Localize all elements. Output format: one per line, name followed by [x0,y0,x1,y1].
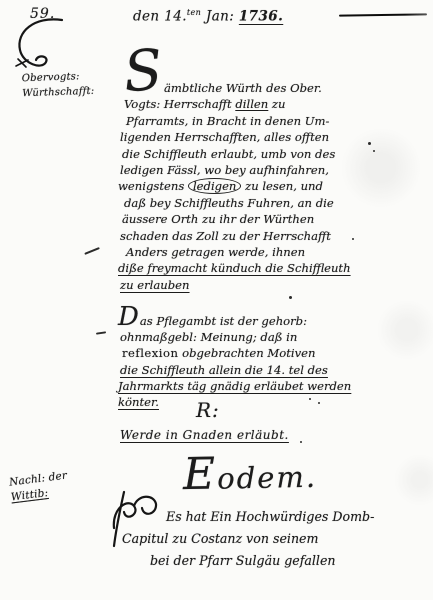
manuscript-line: daß bey Schiffleuths Fuhren, an die [118,195,420,211]
ink-speck [309,398,311,400]
header-rule [339,13,427,16]
margin-note-office-line2: Würthschafft: [22,84,95,102]
paren-flourish [8,16,70,74]
manuscript-line: Capitul zu Costanz von seinem [118,528,420,550]
manuscript-line: schaden das Zoll zu der Herrschafft [118,228,420,244]
manuscript-line: Es hat Ein Hochwürdiges Domb- [118,506,420,528]
manuscript-line: die Schiffleuth erlaubt, umb von des [118,146,420,162]
manuscript-line-underlined: die Schiffleuth allein die 14. tel des [118,362,420,378]
date-ordinal: ten [187,8,201,17]
manuscript-line: reflexion obgebrachten Motiven [118,345,420,361]
margin-note-estate: Nachl: der Wittib: [8,469,70,506]
margin-note-office: Obervogts: Würthschafft: [21,69,94,101]
ink-speck [352,238,354,240]
manuscript-line: Pfarramts, in Bracht in denen Um- [118,113,420,129]
manuscript-line: ämbtliche Würth des Ober. [118,80,420,96]
manuscript-line: bei der Pfarr Sulgäu gefallen [118,550,420,572]
manuscript-line-underlined: zu erlauben [118,277,420,293]
ink-speck [373,150,375,152]
manuscript-line-underlined: Jahrmarkts täg gnädig erläubet werden [118,378,420,394]
ink-speck [318,402,320,404]
manuscript-line: ohnmaßgebl: Meinung; daß in [118,329,420,345]
date-month: Jan: [201,9,239,25]
ink-speck [300,441,302,443]
entry2-paragraph: Es hat Ein Hochwürdiges Domb- Capitul zu… [118,506,420,572]
resolution-mark: R: [196,398,220,422]
initial-letter-d: D [118,302,140,332]
eodem-heading: Eodem. [183,447,318,500]
resolution-line: Werde in Gnaden erläubt. [120,428,289,442]
entry1-opinion-paragraph: Das Pflegambt ist der gehorb: ohnmaßgebl… [118,312,420,410]
date-day: den 14. [133,9,187,25]
date-year: 1736. [239,9,283,25]
manuscript-line-underlined: diße freymacht künduch die Schiffleuth [118,260,420,276]
manuscript-line: Anders getragen werde, ihnen [118,244,420,260]
manuscript-line: ligenden Herrschafften, alles offten [118,129,420,145]
circled-word: ledigen [188,178,241,194]
ink-speck [289,296,292,299]
date-heading: den 14.ten Jan: 1736. [133,8,283,25]
manuscript-line: wenigstens ledigen zu lesen, und [118,178,420,194]
manuscript-line: Das Pflegambt ist der gehorb: [118,312,420,329]
ink-speck [368,142,371,145]
entry1-paragraph: ämbtliche Würth des Ober. Vogts: Herrsch… [118,80,420,293]
manuscript-line: Vogts: Herrschafft dillen zu [118,96,420,112]
underlined-word: dillen [235,97,268,111]
manuscript-line: äussere Orth zu ihr der Würthen [118,211,420,227]
latin-word: reflexion [122,346,178,360]
manuscript-line-underlined: könter. [118,394,420,410]
margin-dash [84,247,99,254]
margin-dash [96,331,106,334]
manuscript-page: 59. den 14.ten Jan: 1736. Obervogts: Wür… [0,0,433,600]
manuscript-line: ledigen Fässl, wo bey aufhinfahren, [118,162,420,178]
